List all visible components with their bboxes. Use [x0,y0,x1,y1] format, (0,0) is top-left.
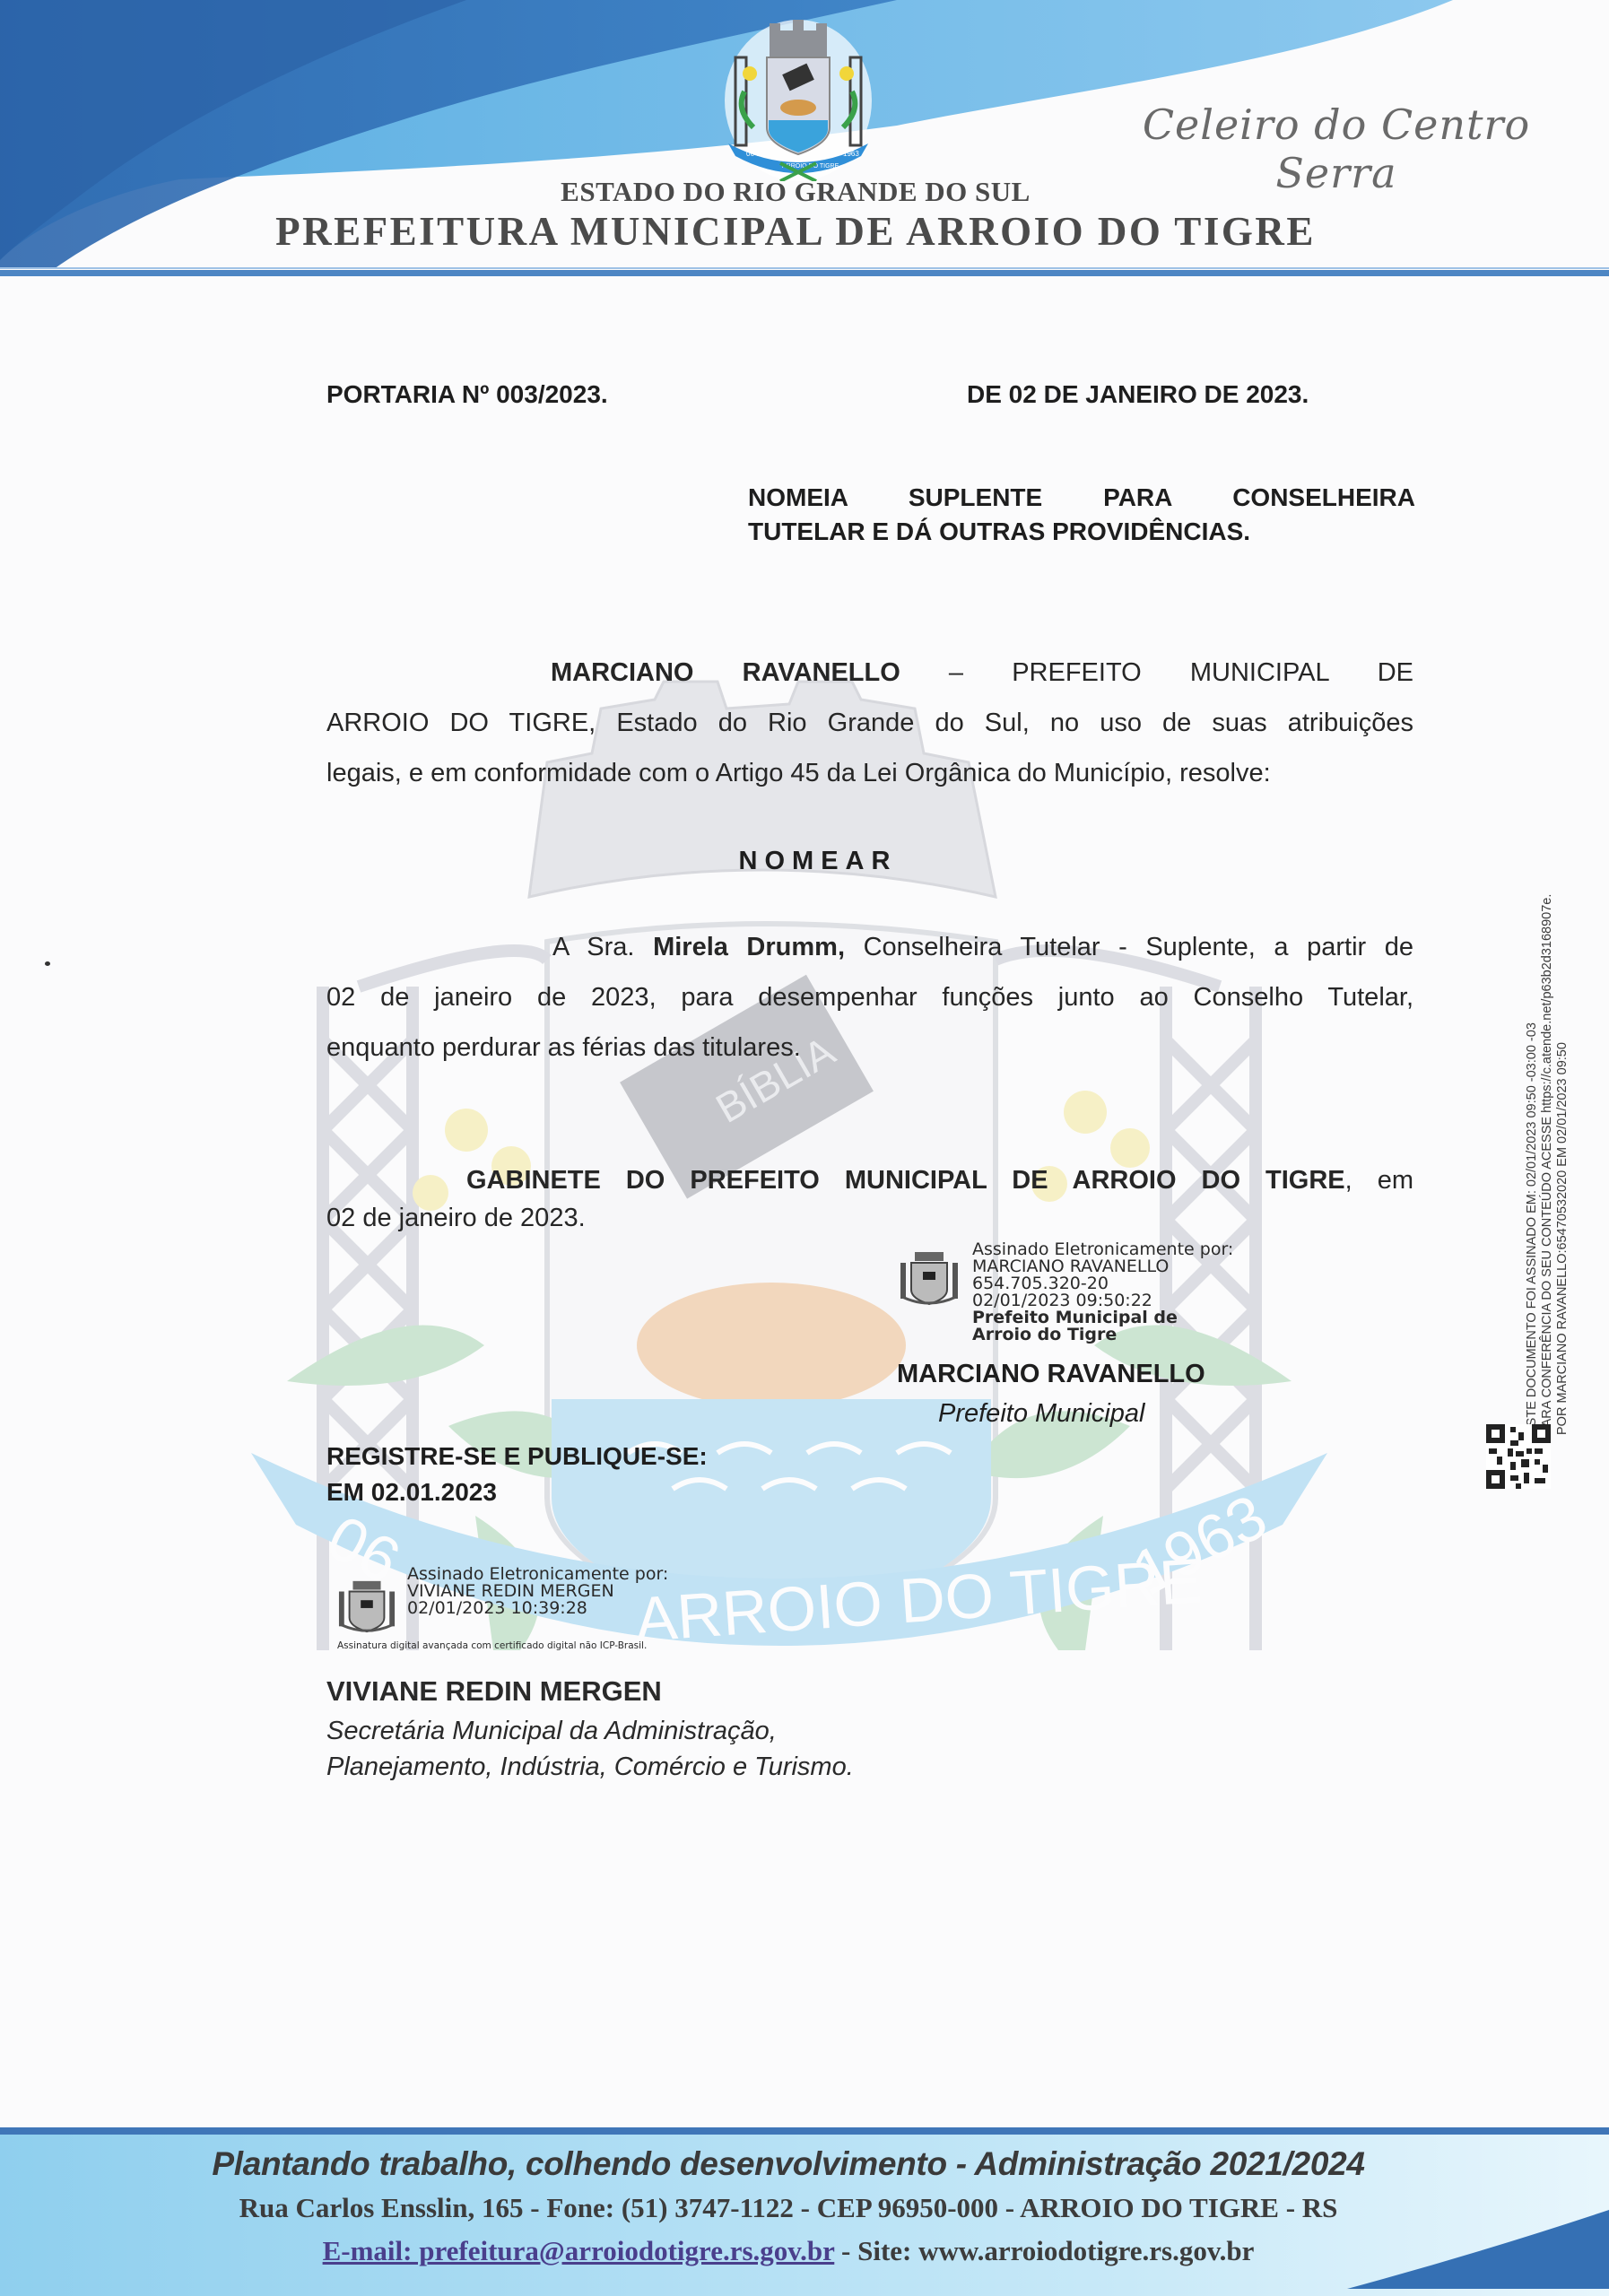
portaria-number: PORTARIA Nº 003/2023. [326,380,608,409]
ementa: NOMEIA SUPLENTE PARA CONSELHEIRA TUTELAR… [748,481,1415,549]
article-line-1: A Sra. Mirela Drumm, Conselheira Tutelar… [326,922,1413,972]
preamble-line-3: legais, e em conformidade com o Artigo 4… [326,748,1413,798]
validation-line-1: ESTE DOCUMENTO FOI ASSINADO EM: 02/01/20… [1525,789,1540,1435]
email-link[interactable]: E-mail: prefeitura@arroiodotigre.rs.gov.… [323,2235,835,2266]
stamp-datetime: 02/01/2023 10:39:28 [407,1600,668,1617]
mayor-name-inline: MARCIANO RAVANELLO [551,658,900,687]
register-line-1: REGISTRE-SE E PUBLIQUE-SE: [326,1439,708,1474]
register-publish-block: REGISTRE-SE E PUBLIQUE-SE: EM 02.01.2023 [326,1439,708,1510]
office-name: GABINETE DO PREFEITO MUNICIPAL DE ARROIO… [466,1166,1345,1195]
stamp-role-line-2: Arroio do Tigre [972,1326,1233,1344]
scan-artifact [45,961,50,966]
ementa-line-2: TUTELAR E DÁ OUTRAS PROVIDÊNCIAS. [748,517,1250,545]
city-hall-address: Rua Carlos Ensslin, 165 - Fone: (51) 374… [0,2192,1609,2224]
validation-line-2[interactable]: PARA CONFERÊNCIA DO SEU CONTEÚDO ACESSE … [1540,789,1555,1435]
coat-of-arms-icon: 06-11 ARROIO DO TIGRE 1963 [718,11,879,181]
website-link[interactable]: - Site: www.arroiodotigre.rs.gov.br [834,2235,1254,2266]
contact-line: E-mail: prefeitura@arroiodotigre.rs.gov.… [0,2235,1609,2267]
ementa-line-1: NOMEIA SUPLENTE PARA CONSELHEIRA [748,481,1415,515]
city-hall-name: PREFEITURA MUNICIPAL DE ARROIO DO TIGRE [0,208,1609,255]
administration-motto: Plantando trabalho, colhendo desenvolvim… [0,2145,1609,2183]
header-divider-highlight [0,267,1609,269]
article-line-3: enquanto perdurar as férias das titulare… [326,1022,1413,1073]
stamp-certificate-note: Assinatura digital avançada com certific… [337,1639,723,1653]
validation-strip: ESTE DOCUMENTO FOI ASSINADO EM: 02/01/20… [1525,789,1570,1435]
coat-of-arms-icon [899,1250,960,1306]
closing-paragraph: GABINETE DO PREFEITO MUNICIPAL DE ARROIO… [326,1155,1413,1243]
svg-text:1963: 1963 [843,150,859,158]
secretary-signature-role: Secretária Municipal da Administração, P… [326,1713,854,1785]
qr-code-icon[interactable] [1486,1424,1551,1489]
mayor-signature-name: MARCIANO RAVANELLO [897,1360,1205,1389]
article-paragraph: A Sra. Mirela Drumm, Conselheira Tutelar… [326,922,1413,1073]
validation-line-3: POR MARCIANO RAVANELLO:65470532020 EM 02… [1555,789,1570,1435]
verb-heading: NOMEAR [0,847,1609,876]
coat-of-arms-icon [337,1578,396,1634]
mayor-signature-role: Prefeito Municipal [938,1399,1145,1429]
article-line-2: 02 de janeiro de 2023, para desempenhar … [326,972,1413,1022]
secretary-signature-name: VIVIANE REDIN MERGEN [326,1675,662,1708]
register-line-2: EM 02.01.2023 [326,1474,708,1510]
appointee-name: Mirela Drumm, [653,933,845,961]
preamble-line-1: MARCIANO RAVANELLO – PREFEITO MUNICIPAL … [326,648,1413,698]
state-name: ESTADO DO RIO GRANDE DO SUL [0,176,1609,208]
preamble-line-2: ARROIO DO TIGRE, Estado do Rio Grande do… [326,698,1413,748]
header-divider [0,270,1609,276]
preamble-paragraph: MARCIANO RAVANELLO – PREFEITO MUNICIPAL … [326,648,1413,798]
svg-text:06-11: 06-11 [746,150,764,158]
portaria-date: DE 02 DE JANEIRO DE 2023. [967,380,1309,409]
